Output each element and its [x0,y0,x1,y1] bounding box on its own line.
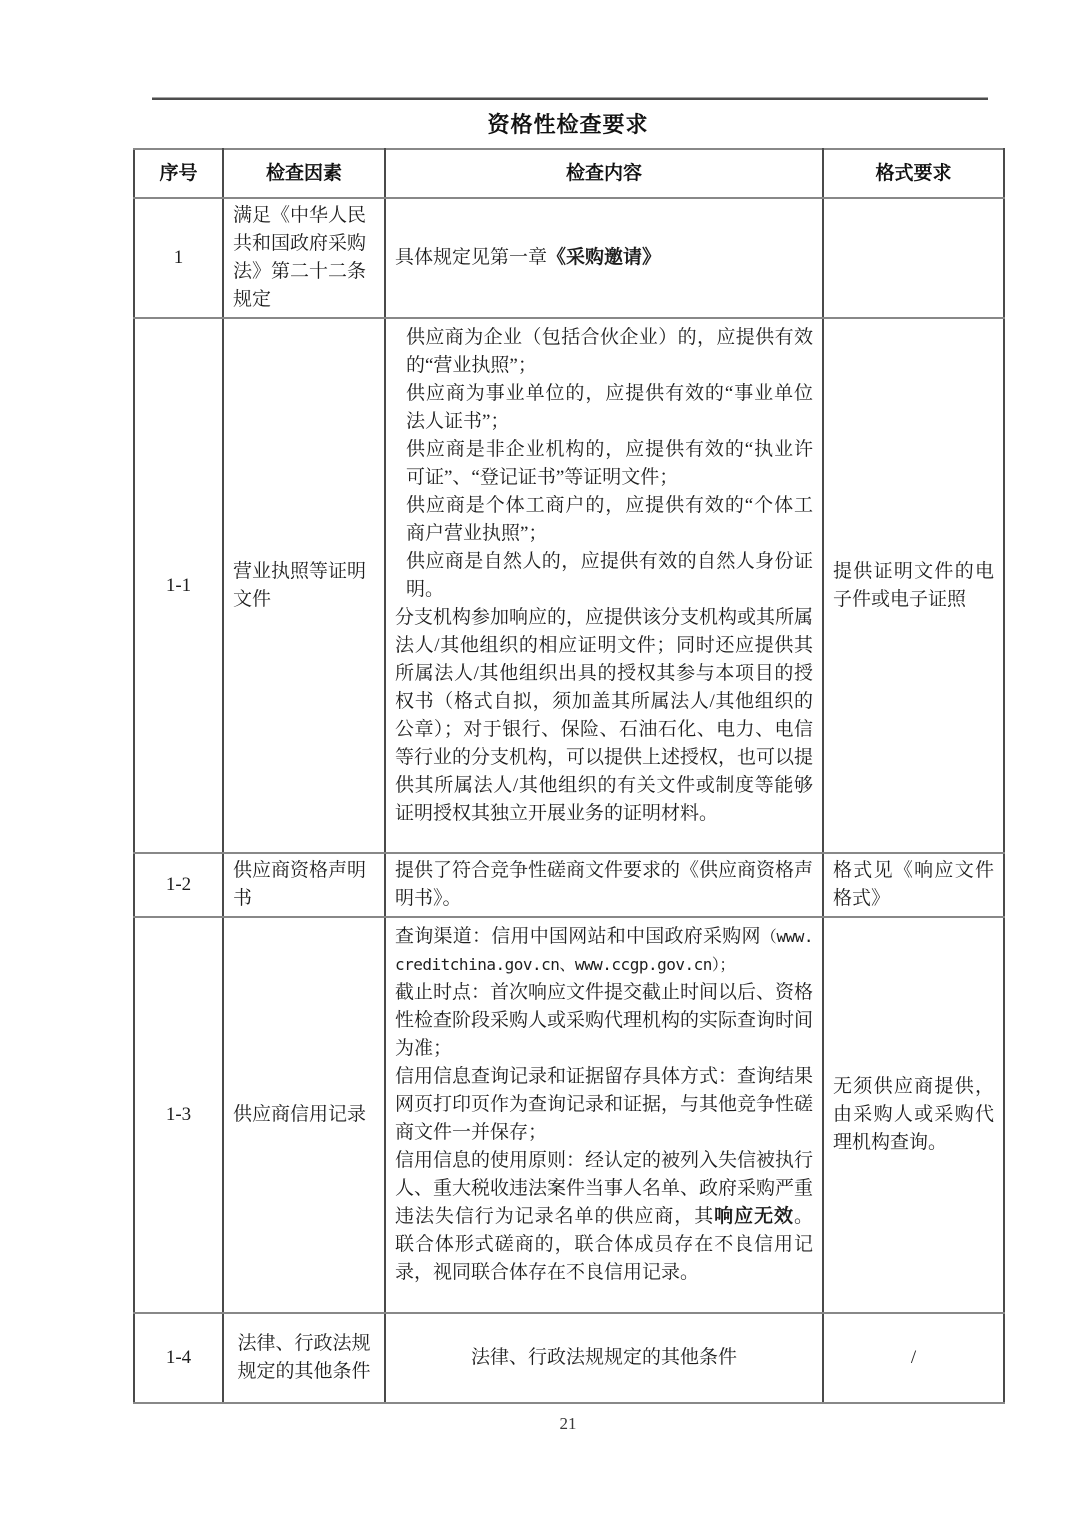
paragraph: 供应商是非企业机构的，应提供有效的“执业许可证”、“登记证书”等证明文件； [395,436,813,492]
bold-term: 响应无效 [714,1206,794,1227]
paragraph: 供应商是自然人的，应提供有效的自然人身份证明。 [395,548,813,604]
document-page: 资格性检查要求 序号 检查因素 检查内容 格式要求 1 满足《中华人民共和国政府… [0,0,1080,1527]
cell-format: 无须供应商提供，由采购人或采购代理机构查询。 [823,917,1004,1313]
cell-content: 供应商为企业（包括合伙企业）的，应提供有效的“营业执照”； 供应商为事业单位的，… [385,318,823,853]
bold-term: 《采购邀请》 [547,247,661,268]
qualification-table: 序号 检查因素 检查内容 格式要求 1 满足《中华人民共和国政府采购法》第二十二… [133,148,1005,1404]
header-cell-no: 序号 [134,149,223,198]
cell-factor: 供应商资格声明书 [223,853,385,917]
cell-factor: 供应商信用记录 [223,917,385,1313]
header-cell-format: 格式要求 [823,149,1004,198]
paragraph: 信用信息查询记录和证据留存具体方式：查询结果网页打印页作为查询记录和证据，与其他… [395,1063,813,1147]
page-title: 资格性检查要求 [133,108,1003,139]
cell-factor: 营业执照等证明文件 [223,318,385,853]
table-row: 1-1 营业执照等证明文件 供应商为企业（包括合伙企业）的，应提供有效的“营业执… [134,318,1004,853]
cell-no: 1 [134,198,223,318]
cell-no: 1-4 [134,1313,223,1403]
cell-content: 法律、行政法规规定的其他条件 [385,1313,823,1403]
cell-no: 1-2 [134,853,223,917]
paragraph: 信用信息的使用原则：经认定的被列入失信被执行人、重大税收违法案件当事人名单、政府… [395,1147,813,1287]
header-cell-content: 检查内容 [385,149,823,198]
cell-content: 提供了符合竞争性磋商文件要求的《供应商资格声明书》。 [385,853,823,917]
cell-format: 提供证明文件的电子件或电子证照 [823,318,1004,853]
table-row: 1-4 法律、行政法规规定的其他条件 法律、行政法规规定的其他条件 / [134,1313,1004,1403]
cell-format: 格式见《响应文件格式》 [823,853,1004,917]
header-cell-factor: 检查因素 [223,149,385,198]
cell-factor: 满足《中华人民共和国政府采购法》第二十二条规定 [223,198,385,318]
page-number: 21 [133,1414,1003,1434]
cell-factor: 法律、行政法规规定的其他条件 [223,1313,385,1403]
table-row: 1-3 供应商信用记录 查询渠道：信用中国网站和中国政府采购网（www.cred… [134,917,1004,1313]
cell-format: / [823,1313,1004,1403]
cell-format [823,198,1004,318]
paragraph: 供应商是个体工商户的，应提供有效的“个体工商户营业执照”； [395,492,813,548]
cell-no: 1-1 [134,318,223,853]
cell-content: 具体规定见第一章《采购邀请》 [385,198,823,318]
table-row: 1 满足《中华人民共和国政府采购法》第二十二条规定 具体规定见第一章《采购邀请》 [134,198,1004,318]
paragraph: 供应商为企业（包括合伙企业）的，应提供有效的“营业执照”； [395,324,813,380]
table-header-row: 序号 检查因素 检查内容 格式要求 [134,149,1004,198]
paragraph: 具体规定见第一章《采购邀请》 [395,244,813,272]
table-row: 1-2 供应商资格声明书 提供了符合竞争性磋商文件要求的《供应商资格声明书》。 … [134,853,1004,917]
paragraph: 查询渠道：信用中国网站和中国政府采购网（www.creditchina.gov.… [395,923,813,979]
paragraph: 分支机构参加响应的，应提供该分支机构或其所属法人/其他组织的相应证明文件；同时还… [395,604,813,828]
header-rule [152,97,988,100]
paragraph: 供应商为事业单位的，应提供有效的“事业单位法人证书”； [395,380,813,436]
paragraph: 截止时点：首次响应文件提交截止时间以后、资格性检查阶段采购人或采购代理机构的实际… [395,979,813,1063]
cell-no: 1-3 [134,917,223,1313]
cell-content: 查询渠道：信用中国网站和中国政府采购网（www.creditchina.gov.… [385,917,823,1313]
